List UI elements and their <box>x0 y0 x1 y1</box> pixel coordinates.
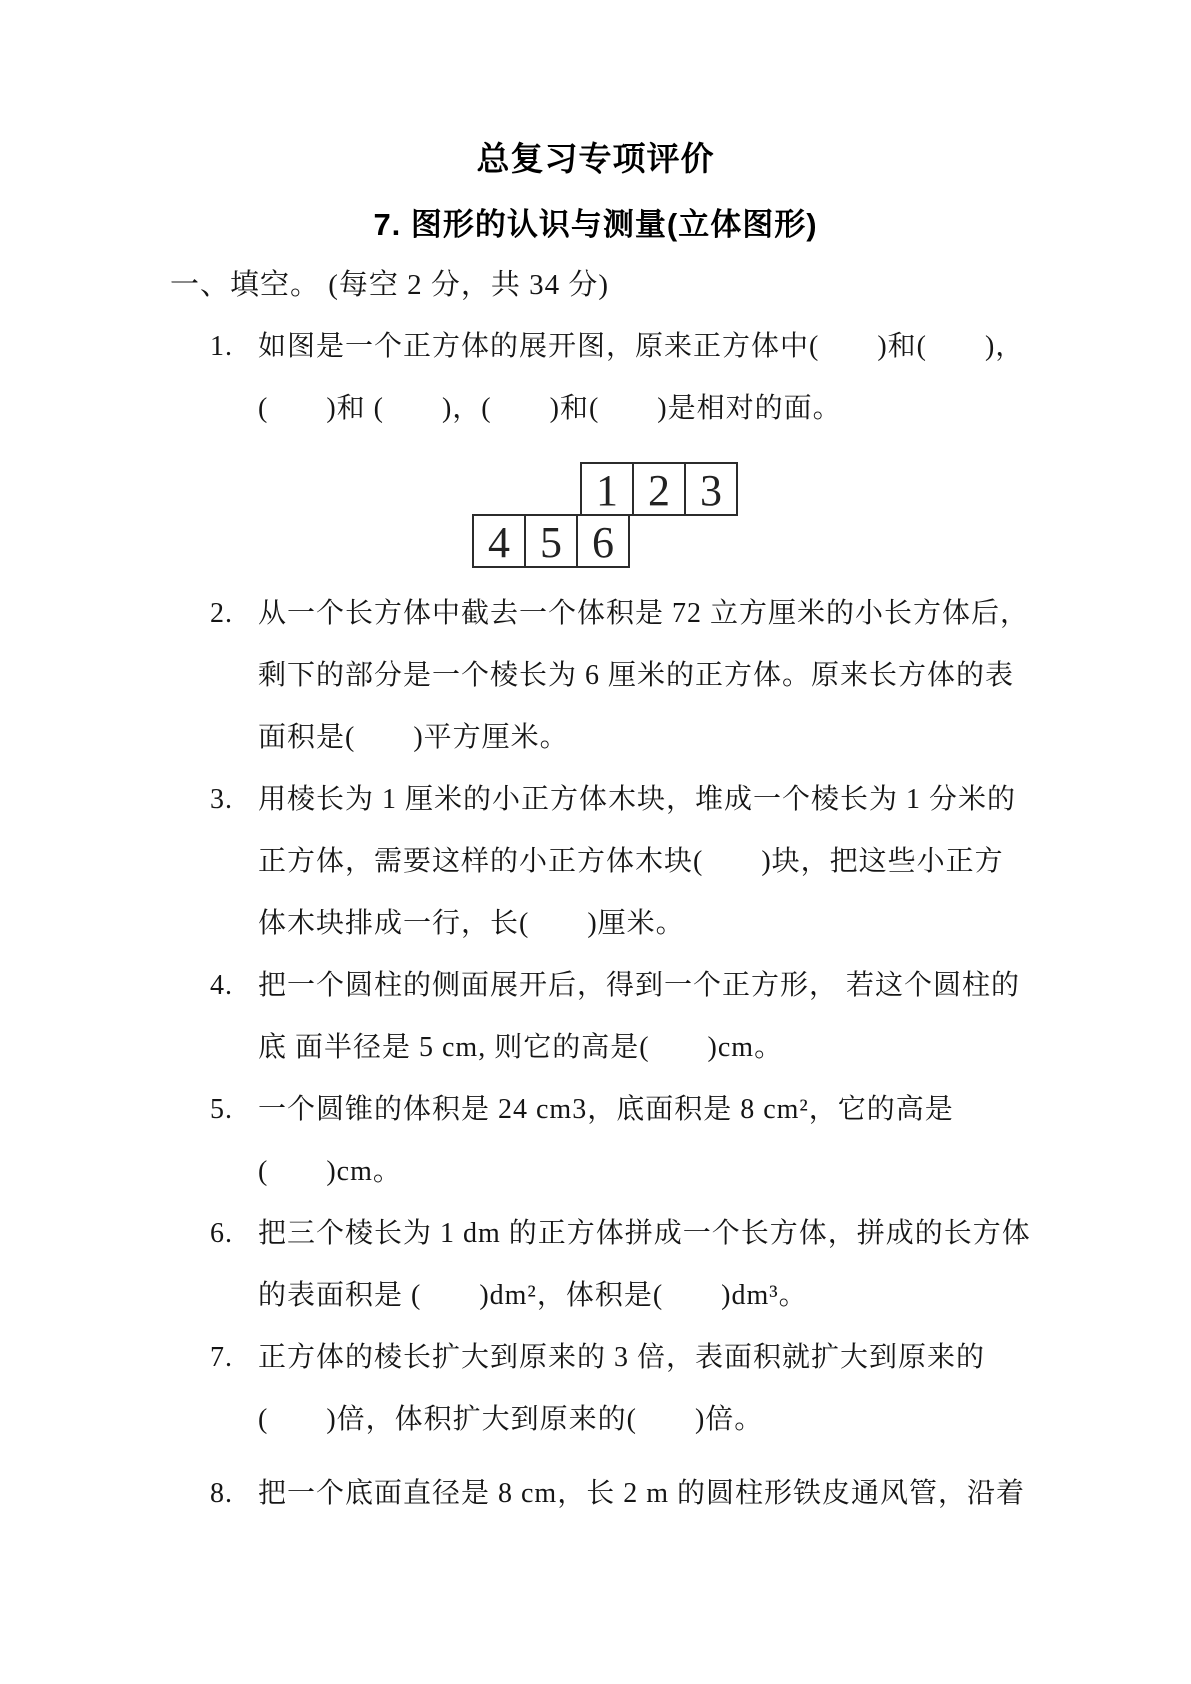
question-1-line-1: 1. 如图是一个正方体的展开图，原来正方体中( )和( )， <box>0 316 1191 378</box>
question-2-line-1: 2. 从一个长方体中截去一个体积是 72 立方厘米的小长方体后， <box>0 583 1191 645</box>
question-8-line-1: 8. 把一个底面直径是 8 cm，长 2 m 的圆柱形铁皮通风管，沿着 <box>0 1463 1191 1525</box>
question-7-text-1: 正方体的棱长扩大到原来的 3 倍，表面积就扩大到原来的 <box>258 1342 985 1373</box>
question-2-number: 2. <box>210 583 233 645</box>
question-5: 5. 一个圆锥的体积是 24 cm3，底面积是 8 cm²，它的高是 ( )cm… <box>0 1079 1191 1203</box>
question-3-text-3: 体木块排成一行，长( )厘米。 <box>258 908 685 939</box>
question-5-text-2: ( )cm。 <box>258 1156 402 1187</box>
question-1-text-2: ( )和 ( )，( )和( )是相对的面。 <box>258 393 842 424</box>
question-6-number: 6. <box>210 1203 233 1265</box>
net-cell-1: 1 <box>580 462 634 516</box>
question-3-line-1: 3. 用棱长为 1 厘米的小正方体木块，堆成一个棱长为 1 分米的 <box>0 769 1191 831</box>
question-1-text-1: 如图是一个正方体的展开图，原来正方体中( )和( )， <box>258 331 1024 362</box>
question-5-line-2: ( )cm。 <box>0 1141 1191 1203</box>
net-cell-5: 5 <box>524 514 578 568</box>
question-1-number: 1. <box>210 316 233 378</box>
question-4-text-1: 把一个圆柱的侧面展开后，得到一个正方形， 若这个圆柱的 <box>258 970 1020 1001</box>
question-6-line-2: 的表面积是 ( )dm²，体积是( )dm³。 <box>0 1265 1191 1327</box>
question-4-number: 4. <box>210 955 233 1017</box>
question-4-line-2: 底 面半径是 5 cm, 则它的高是( )cm。 <box>0 1017 1191 1079</box>
question-3-text-1: 用棱长为 1 厘米的小正方体木块，堆成一个棱长为 1 分米的 <box>258 784 1016 815</box>
question-6-text-1: 把三个棱长为 1 dm 的正方体拼成一个长方体，拼成的长方体 <box>258 1218 1031 1249</box>
question-3-line-3: 体木块排成一行，长( )厘米。 <box>0 893 1191 955</box>
question-2-text-2: 剩下的部分是一个棱长为 6 厘米的正方体。原来长方体的表 <box>258 660 1014 691</box>
worksheet-page: 总复习专项评价 7. 图形的认识与测量(立体图形) 一、填空。 (每空 2 分，… <box>0 0 1191 1684</box>
net-cell-3: 3 <box>684 462 738 516</box>
net-cell-2: 2 <box>632 462 686 516</box>
question-7-text-2: ( )倍，体积扩大到原来的( )倍。 <box>258 1404 763 1435</box>
question-3-number: 3. <box>210 769 233 831</box>
cube-net-figure: 1 2 3 4 5 6 <box>472 462 742 568</box>
question-8: 8. 把一个底面直径是 8 cm，长 2 m 的圆柱形铁皮通风管，沿着 <box>0 1463 1191 1525</box>
question-6-text-2: 的表面积是 ( )dm²，体积是( )dm³。 <box>258 1280 808 1311</box>
question-2-line-3: 面积是( )平方厘米。 <box>0 707 1191 769</box>
question-2: 2. 从一个长方体中截去一个体积是 72 立方厘米的小长方体后， 剩下的部分是一… <box>0 583 1191 769</box>
question-3-line-2: 正方体，需要这样的小正方体木块( )块，把这些小正方 <box>0 831 1191 893</box>
question-5-number: 5. <box>210 1079 233 1141</box>
question-6-line-1: 6. 把三个棱长为 1 dm 的正方体拼成一个长方体，拼成的长方体 <box>0 1203 1191 1265</box>
question-2-text-3: 面积是( )平方厘米。 <box>258 722 569 753</box>
question-5-text-1: 一个圆锥的体积是 24 cm3，底面积是 8 cm²，它的高是 <box>258 1094 954 1125</box>
question-4-line-1: 4. 把一个圆柱的侧面展开后，得到一个正方形， 若这个圆柱的 <box>0 955 1191 1017</box>
question-1: 1. 如图是一个正方体的展开图，原来正方体中( )和( )， ( )和 ( )，… <box>0 316 1191 440</box>
question-7-line-2: ( )倍，体积扩大到原来的( )倍。 <box>0 1389 1191 1451</box>
question-4: 4. 把一个圆柱的侧面展开后，得到一个正方形， 若这个圆柱的 底 面半径是 5 … <box>0 955 1191 1079</box>
question-8-text-1: 把一个底面直径是 8 cm，长 2 m 的圆柱形铁皮通风管，沿着 <box>258 1478 1025 1509</box>
section-heading: 一、填空。 (每空 2 分，共 34 分) <box>0 254 1191 316</box>
page-subtitle: 7. 图形的认识与测量(立体图形) <box>0 204 1191 246</box>
question-2-line-2: 剩下的部分是一个棱长为 6 厘米的正方体。原来长方体的表 <box>0 645 1191 707</box>
question-3: 3. 用棱长为 1 厘米的小正方体木块，堆成一个棱长为 1 分米的 正方体，需要… <box>0 769 1191 955</box>
question-7-number: 7. <box>210 1327 233 1389</box>
question-7: 7. 正方体的棱长扩大到原来的 3 倍，表面积就扩大到原来的 ( )倍，体积扩大… <box>0 1327 1191 1451</box>
net-cell-6: 6 <box>576 514 630 568</box>
question-1-line-2: ( )和 ( )，( )和( )是相对的面。 <box>0 378 1191 440</box>
net-cell-4: 4 <box>472 514 526 568</box>
question-6: 6. 把三个棱长为 1 dm 的正方体拼成一个长方体，拼成的长方体 的表面积是 … <box>0 1203 1191 1327</box>
page-title: 总复习专项评价 <box>0 0 1191 180</box>
cube-net-bottom-row: 4 5 6 <box>472 514 742 568</box>
question-4-text-2: 底 面半径是 5 cm, 则它的高是( )cm。 <box>258 1032 783 1063</box>
question-3-text-2: 正方体，需要这样的小正方体木块( )块，把这些小正方 <box>258 846 1004 877</box>
question-2-text-1: 从一个长方体中截去一个体积是 72 立方厘米的小长方体后， <box>258 598 1029 629</box>
question-5-line-1: 5. 一个圆锥的体积是 24 cm3，底面积是 8 cm²，它的高是 <box>0 1079 1191 1141</box>
question-8-number: 8. <box>210 1463 233 1525</box>
question-7-line-1: 7. 正方体的棱长扩大到原来的 3 倍，表面积就扩大到原来的 <box>0 1327 1191 1389</box>
cube-net-top-row: 1 2 3 <box>580 462 742 516</box>
